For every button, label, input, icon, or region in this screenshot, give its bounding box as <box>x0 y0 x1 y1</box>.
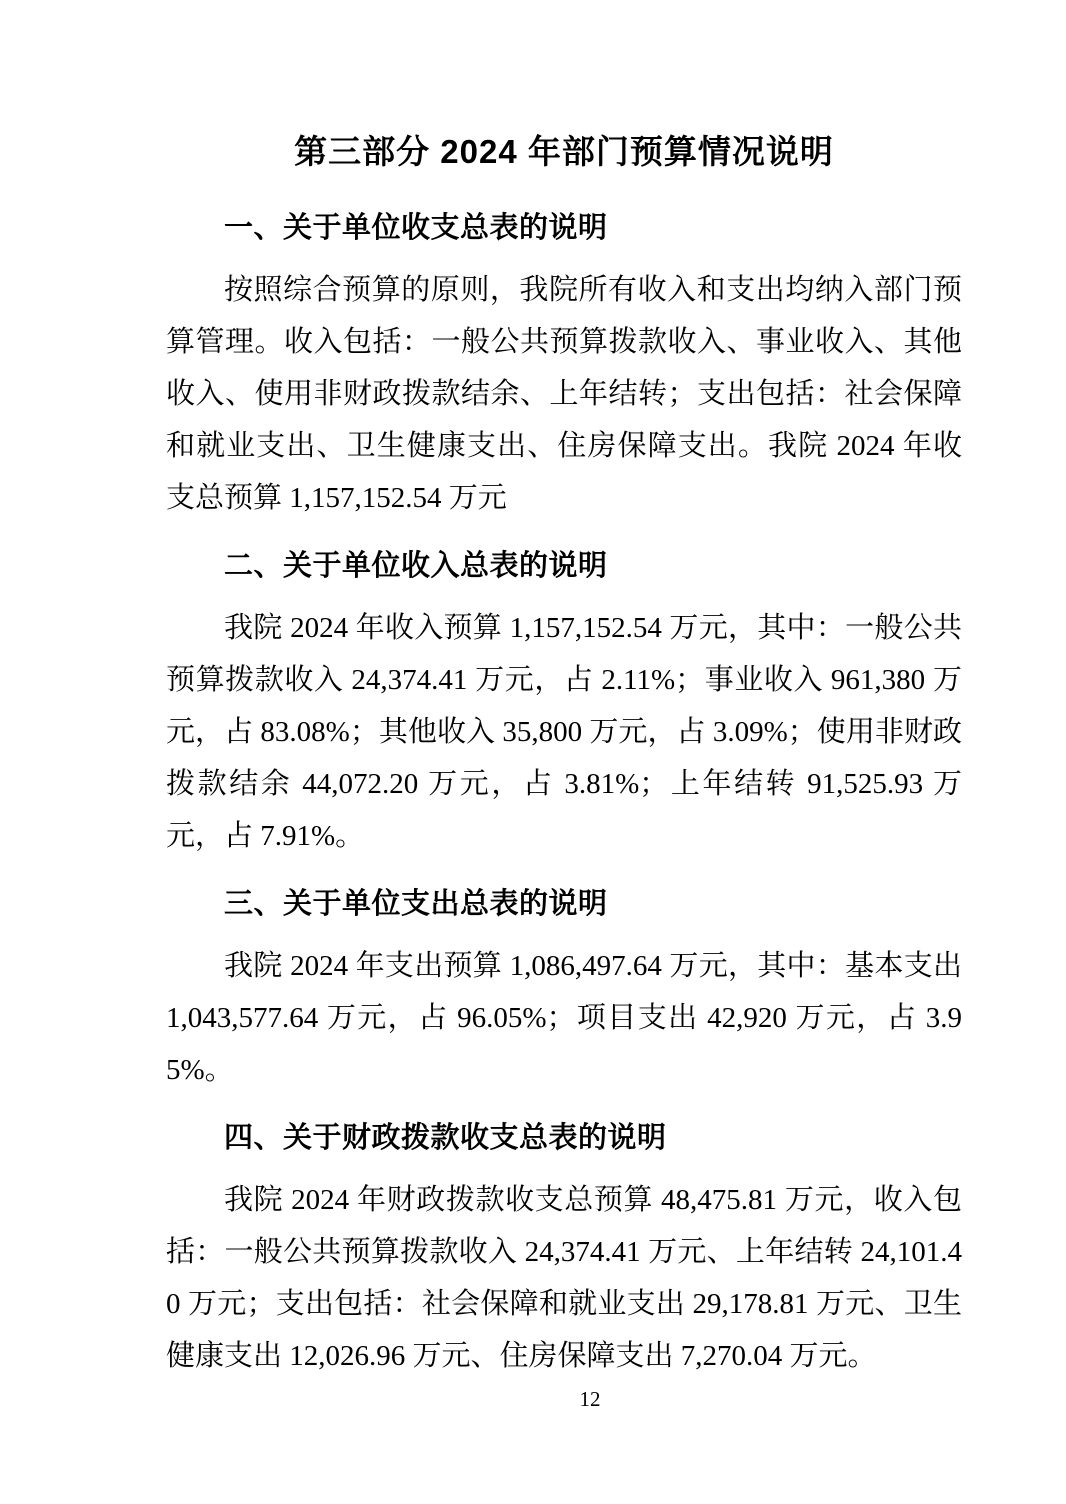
section-heading-2: 二、关于单位收入总表的说明 <box>166 540 962 592</box>
section-paragraph-1: 按照综合预算的原则，我院所有收入和支出均纳入部门预算管理。收入包括：一般公共预算… <box>166 264 962 524</box>
document-page: 第三部分 2024 年部门预算情况说明 一、关于单位收支总表的说明 按照综合预算… <box>0 0 1066 1504</box>
section-heading-1: 一、关于单位收支总表的说明 <box>166 202 962 254</box>
section-paragraph-3: 我院 2024 年支出预算 1,086,497.64 万元，其中：基本支出 1,… <box>166 940 962 1096</box>
section-heading-4: 四、关于财政拨款收支总表的说明 <box>166 1112 962 1164</box>
section-income-summary: 二、关于单位收入总表的说明 我院 2024 年收入预算 1,157,152.54… <box>166 540 962 862</box>
section-expenditure-summary: 三、关于单位支出总表的说明 我院 2024 年支出预算 1,086,497.64… <box>166 878 962 1096</box>
section-income-expenditure-summary: 一、关于单位收支总表的说明 按照综合预算的原则，我院所有收入和支出均纳入部门预算… <box>166 202 962 524</box>
section-paragraph-2: 我院 2024 年收入预算 1,157,152.54 万元，其中：一般公共预算拨… <box>166 602 962 862</box>
section-fiscal-appropriation-summary: 四、关于财政拨款收支总表的说明 我院 2024 年财政拨款收支总预算 48,47… <box>166 1112 962 1382</box>
section-heading-3: 三、关于单位支出总表的说明 <box>166 878 962 930</box>
section-paragraph-4: 我院 2024 年财政拨款收支总预算 48,475.81 万元，收入包括：一般公… <box>166 1174 962 1382</box>
page-number: 12 <box>580 1386 601 1412</box>
document-title: 第三部分 2024 年部门预算情况说明 <box>166 130 962 174</box>
